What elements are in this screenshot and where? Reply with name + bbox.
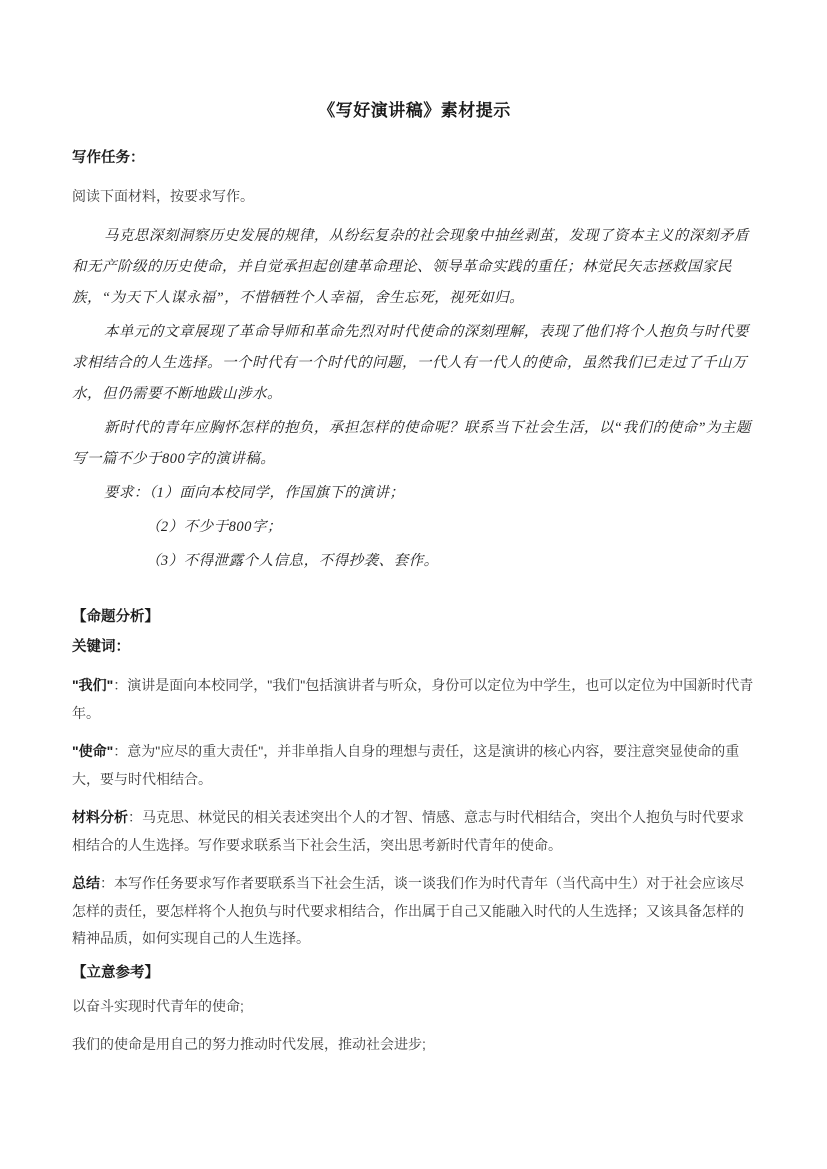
requirement-item-1: （1）面向本校同学，作国旗下的演讲； (149, 485, 405, 501)
material-paragraph-3: 新时代的青年应胸怀怎样的抱负，承担怎样的使命呢？联系当下社会生活，以“我们的使命… (72, 413, 757, 475)
writing-task-intro: 阅读下面材料，按要求写作。 (72, 187, 757, 205)
analysis-term: "我们" (72, 677, 113, 693)
analysis-term: 总结 (72, 875, 100, 891)
requirement-line-2: （2）不少于800字； (72, 512, 757, 543)
requirement-line-1: 要求：（1）面向本校同学，作国旗下的演讲； (72, 478, 757, 509)
analysis-section-heading: 【命题分析】 (72, 608, 757, 626)
analysis-item-material: 材料分析：马克思、林觉民的相关表述突出个人的才智、情感、意志与时代相结合，突出个… (72, 804, 757, 859)
writing-task-heading: 写作任务： (72, 149, 757, 167)
requirements-label: 要求： (104, 485, 149, 501)
analysis-item-women: "我们"：演讲是面向本校同学，"我们"包括演讲者与听众，身份可以定位为中学生，也… (72, 672, 757, 727)
requirement-line-3: （3）不得泄露个人信息，不得抄袭、套作。 (72, 546, 757, 577)
ideas-section-heading: 【立意参考】 (72, 964, 757, 982)
analysis-text: ：马克思、林觉民的相关表述突出个人的才智、情感、意志与时代相结合，突出个人抱负与… (72, 809, 744, 853)
page-title: 《写好演讲稿》素材提示 (72, 100, 757, 122)
analysis-text: ：本写作任务要求写作者要联系当下社会生活，谈一谈我们作为时代青年（当代高中生）对… (72, 875, 744, 946)
material-block: 马克思深刻洞察历史发展的规律，从纷纭复杂的社会现象中抽丝剥茧，发现了资本主义的深… (72, 221, 757, 577)
material-paragraph-1: 马克思深刻洞察历史发展的规律，从纷纭复杂的社会现象中抽丝剥茧，发现了资本主义的深… (72, 221, 757, 314)
keywords-label: 关键词： (72, 638, 757, 656)
idea-item-2: 我们的使命是用自己的努力推动时代发展，推动社会进步; (72, 1031, 757, 1059)
document-page: 《写好演讲稿》素材提示 写作任务： 阅读下面材料，按要求写作。 马克思深刻洞察历… (0, 0, 827, 1169)
analysis-text: ：意为"应尽的重大责任"，并非单指人自身的理想与责任，这是演讲的核心内容，要注意… (72, 743, 739, 787)
material-paragraph-2: 本单元的文章展现了革命导师和革命先烈对时代使命的深刻理解，表现了他们将个人抱负与… (72, 317, 757, 410)
analysis-item-shiming: "使命"：意为"应尽的重大责任"，并非单指人自身的理想与责任，这是演讲的核心内容… (72, 738, 757, 793)
analysis-text: ：演讲是面向本校同学，"我们"包括演讲者与听众，身份可以定位为中学生，也可以定位… (72, 677, 753, 721)
idea-item-1: 以奋斗实现时代青年的使命; (72, 993, 757, 1021)
analysis-term: 材料分析 (72, 809, 128, 825)
analysis-term: "使命" (72, 743, 113, 759)
analysis-item-summary: 总结：本写作任务要求写作者要联系当下社会生活，谈一谈我们作为时代青年（当代高中生… (72, 870, 757, 953)
